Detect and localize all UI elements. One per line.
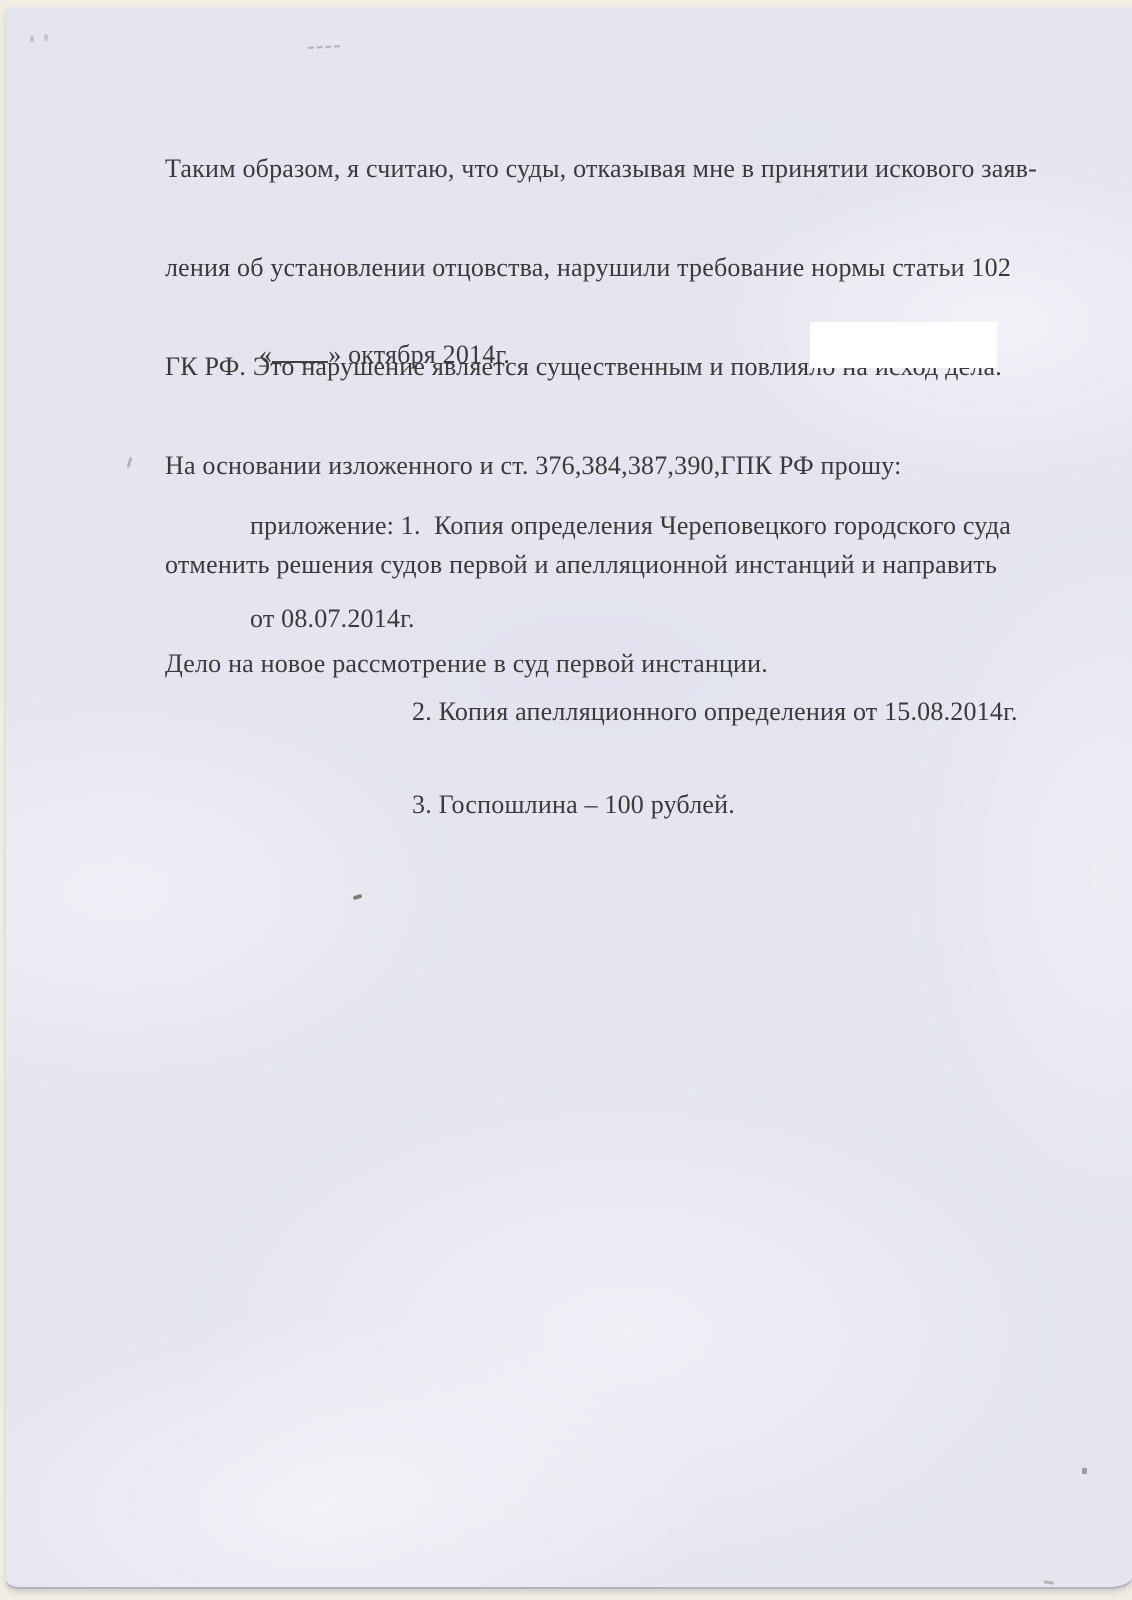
date-open-quote: « bbox=[259, 340, 272, 369]
paragraph-line: Таким образом, я считаю, что суды, отказ… bbox=[165, 152, 1037, 185]
attachments-block: приложение: 1. Копия определения Черепов… bbox=[250, 448, 1018, 882]
date-blank-underline bbox=[272, 359, 328, 363]
scan-artifact-tick bbox=[127, 457, 133, 468]
date-month-year: » октября 2014г. bbox=[328, 340, 510, 369]
paragraph-line: ления об установлении отцовства, нарушил… bbox=[165, 251, 1037, 284]
paper-sheet: Таким образом, я считаю, что суды, отказ… bbox=[6, 7, 1132, 1587]
scan-artifact-dash bbox=[308, 45, 340, 49]
scanned-document-page: { "page": { "scanner_background": "#f0ee… bbox=[0, 0, 1132, 1600]
attachment-line: приложение: 1. Копия определения Черепов… bbox=[250, 510, 1018, 541]
scan-artifact-dot bbox=[30, 36, 34, 42]
scan-artifact-dot bbox=[44, 34, 48, 41]
redaction-box bbox=[810, 322, 997, 368]
scan-artifact-fleck bbox=[353, 894, 363, 901]
scan-artifact-speck bbox=[1082, 1468, 1087, 1474]
date-line: «» октября 2014г. bbox=[259, 338, 510, 371]
attachment-line: от 08.07.2014г. bbox=[250, 603, 1018, 634]
attachment-line: 2. Копия апелляционного определения от 1… bbox=[412, 696, 1018, 727]
attachment-line: 3. Госпошлина – 100 рублей. bbox=[412, 789, 1018, 820]
